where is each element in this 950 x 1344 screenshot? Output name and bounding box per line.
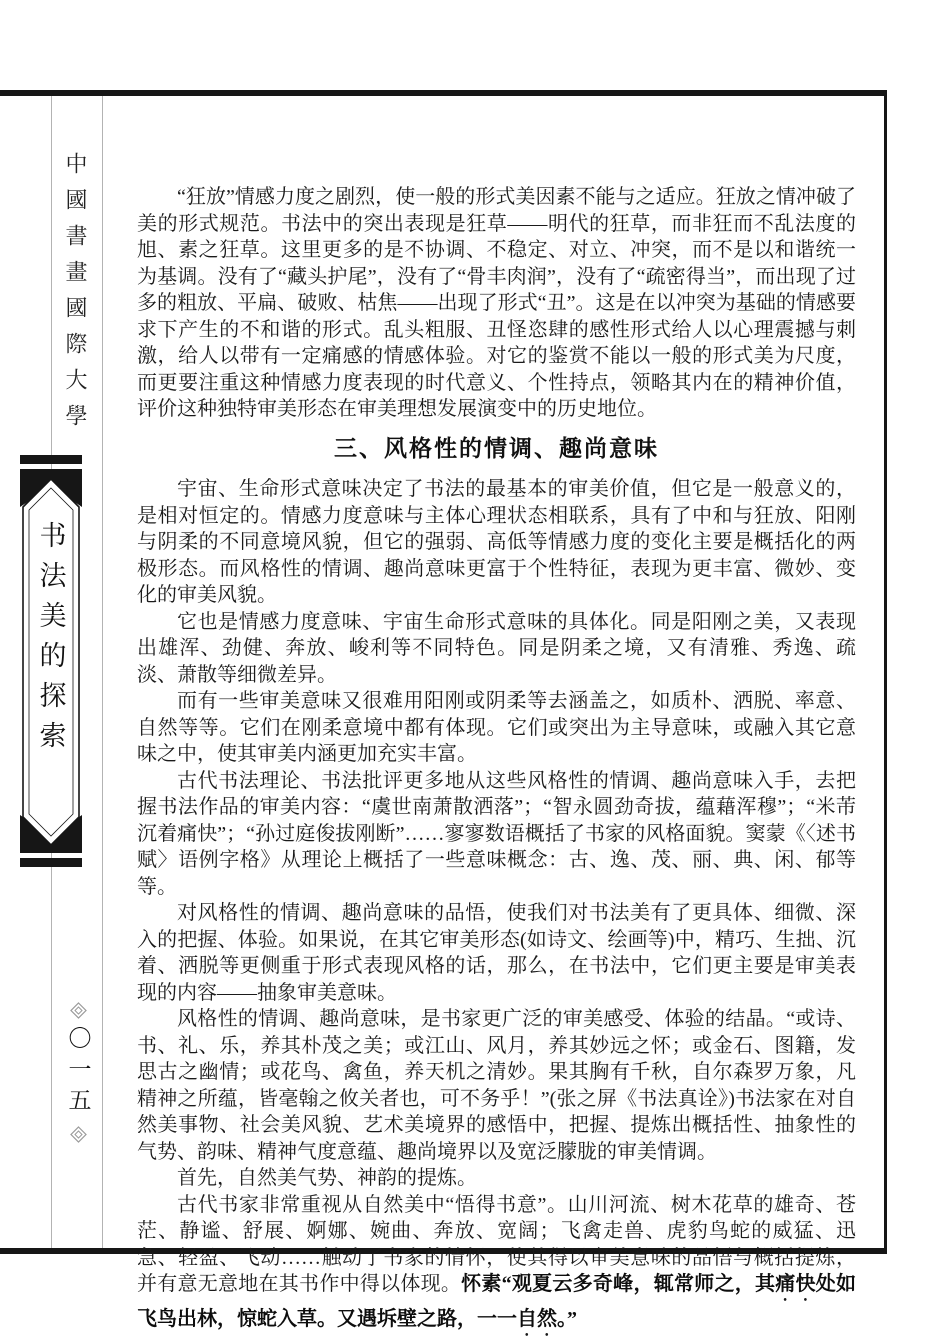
page-number: 〇一五 [67, 1026, 90, 1119]
diamond-ornament-icon [70, 1002, 87, 1019]
paragraph: 宇宙、生命形式意味决定了书法的最基本的审美价值，但它是一般意义的，是相对恒定的。… [137, 476, 856, 609]
series-title: 书法美的探索 [32, 521, 71, 761]
page-number-block: 〇一五 [64, 1002, 92, 1143]
sidebar-right-rule [102, 96, 103, 1248]
right-border-rule [884, 90, 887, 1254]
body-text: 首先，自然美气势、神韵的提炼。 [177, 1167, 477, 1189]
section-heading: 三、风格性的情调、趣尚意味 [137, 436, 856, 463]
paragraph: 首先，自然美气势、神韵的提炼。 [137, 1165, 856, 1192]
paragraph: 对风格性的情调、趣尚意味的品悟，使我们对书法美有了更具体、细微、深入的把握、体验… [137, 900, 856, 1006]
diamond-ornament-icon [70, 1126, 87, 1143]
body-text: 风格性的情调、趣尚意味，是书家更广泛的审美感受、体验的结晶。“或诗、书、礼、乐，… [137, 1008, 856, 1163]
body-text: 对风格性的情调、趣尚意味的品悟，使我们对书法美有了更具体、细微、深入的把握、体验… [137, 902, 856, 1004]
bold-text: 。” [557, 1308, 577, 1330]
body-text: 三、风格性的情调、趣尚意味 [334, 436, 659, 461]
paragraph: 古代书法理论、书法批评更多地从这些风格性的情调、趣尚意味入手，去把握书法作品的审… [137, 768, 856, 901]
body-text: “狂放”情感力度之剧烈，使一般的形式美因素不能与之适应。狂放之情冲破了美的形式规… [137, 186, 856, 420]
emphasized-text: 自然 [517, 1308, 557, 1330]
top-border-bar [0, 90, 886, 96]
paragraph: 风格性的情调、趣尚意味，是书家更广泛的审美感受、体验的结晶。“或诗、书、礼、乐，… [137, 1006, 856, 1165]
paragraph: 它也是情感力度意味、宇宙生命形式意味的具体化。同是阳刚之美，又表现出雄浑、劲健、… [137, 609, 856, 689]
body-text: 古代书法理论、书法批评更多地从这些风格性的情调、趣尚意味入手，去把握书法作品的审… [137, 770, 856, 898]
university-title: 中國書畫國際大學 [65, 152, 91, 440]
body-text: 它也是情感力度意味、宇宙生命形式意味的具体化。同是阳刚之美，又表现出雄浑、劲健、… [137, 611, 856, 686]
content-area: “狂放”情感力度之剧烈，使一般的形式美因素不能与之适应。狂放之情冲破了美的形式规… [137, 184, 856, 1341]
paragraph: “狂放”情感力度之剧烈，使一般的形式美因素不能与之适应。狂放之情冲破了美的形式规… [137, 184, 856, 423]
bold-text: 怀素“观夏云多奇峰，辄常师之，其 [461, 1273, 775, 1295]
book-page: 中國書畫國際大學 书法美的探索 〇一五 “狂放”情感力度之剧烈，使一般的形式美因… [0, 0, 950, 1344]
series-banner: 书法美的探索 [20, 455, 82, 867]
paragraph: 古代书家非常重视从自然美中“悟得书意”。山川河流、树木花草的雄奇、苍茫、静谧、舒… [137, 1192, 856, 1342]
emphasized-text: 痛快 [775, 1273, 816, 1295]
paragraph: 而有一些审美意味又很难用阳刚或阴柔等去涵盖之，如质朴、洒脱、率意、自然等等。它们… [137, 688, 856, 768]
body-text: 而有一些审美意味又很难用阳刚或阴柔等去涵盖之，如质朴、洒脱、率意、自然等等。它们… [137, 690, 856, 765]
body-text: 宇宙、生命形式意味决定了书法的最基本的审美价值，但它是一般意义的，是相对恒定的。… [137, 478, 856, 606]
